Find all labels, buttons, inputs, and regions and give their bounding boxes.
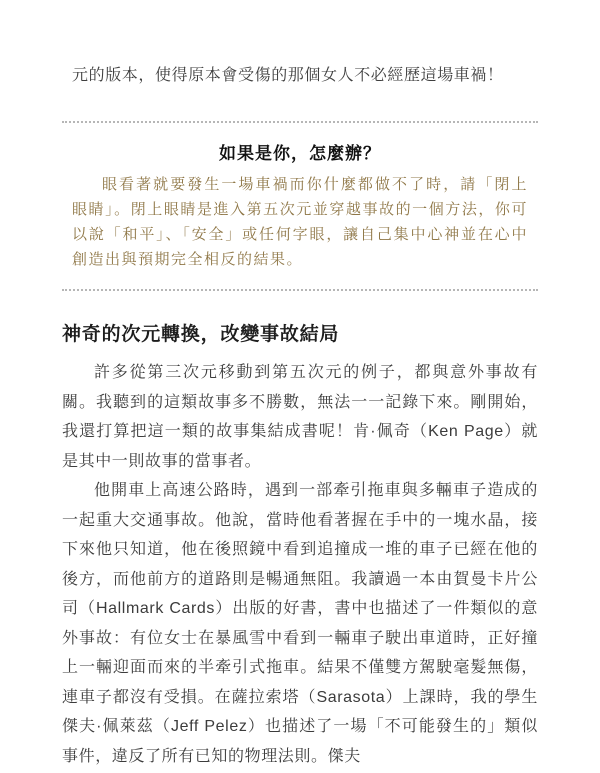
top-paragraph: 元的版本，使得原本會受傷的那個女人不必經歷這場車禍！ (72, 64, 538, 88)
dotted-divider-bottom (62, 289, 538, 291)
callout-body: 眼看著就要發生一場車禍而你什麼都做不了時，請「閉上眼睛」。閉上眼睛是進入第五次元… (72, 172, 528, 272)
book-page: 元的版本，使得原本會受傷的那個女人不必經歷這場車禍！ 如果是你，怎麼辦？ 眼看著… (0, 0, 600, 773)
body-paragraph: 他開車上高速公路時，遇到一部牽引拖車與多輛車子造成的一起重大交通事故。他說，當時… (62, 476, 538, 771)
callout-title: 如果是你，怎麼辦？ (62, 139, 538, 164)
body-paragraph: 許多從第三次元移動到第五次元的例子，都與意外事故有關。我聽到的這類故事多不勝數，… (62, 358, 538, 476)
section-heading: 神奇的次元轉換，改變事故結局 (62, 319, 538, 346)
body-text: 許多從第三次元移動到第五次元的例子，都與意外事故有關。我聽到的這類故事多不勝數，… (62, 358, 538, 771)
dotted-divider-top (62, 121, 538, 123)
